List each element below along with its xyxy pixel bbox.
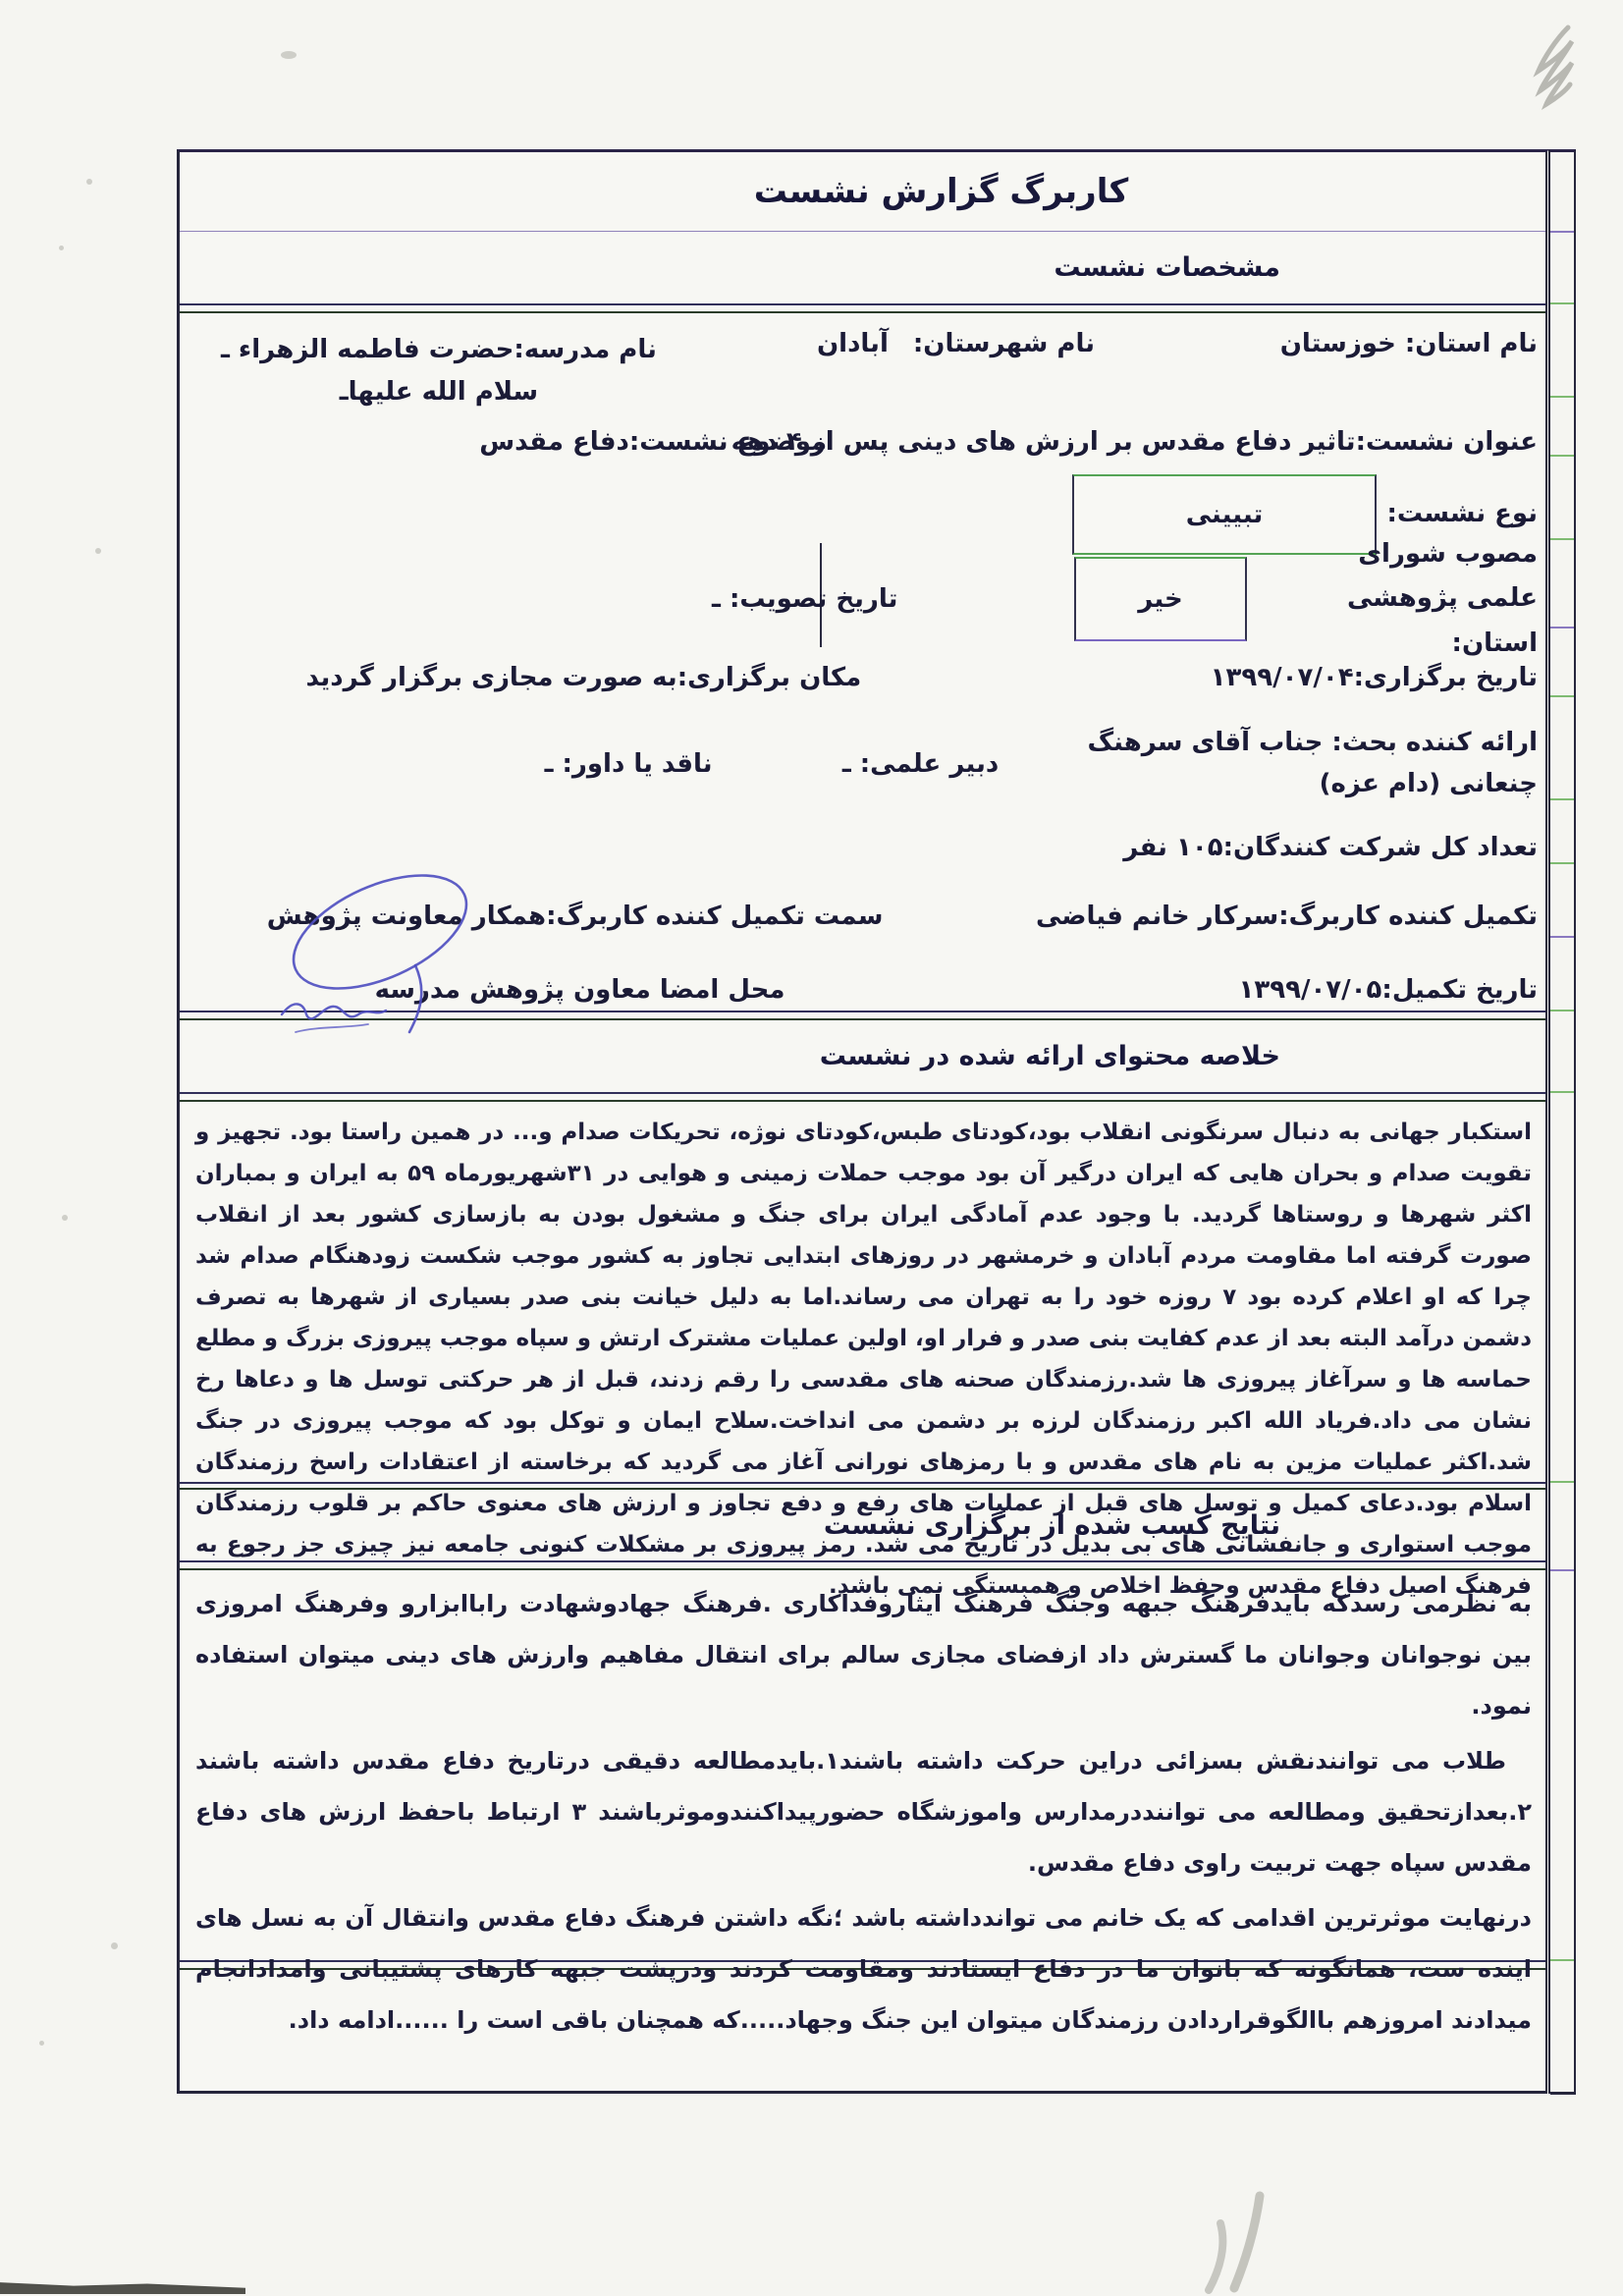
row-title-topic: عنوان نشست:تاثیر دفاع مقدس بر ارزش های د… [180,412,1545,471]
field-school: نام مدرسه:حضرت فاطمه الزهراء ـ سلام الله… [180,329,808,413]
row-presenter: ارائه کننده بحث: جناب آقای سرهنگ چنعانی … [180,712,1545,815]
results-paragraph: درنهایت موثرترین اقدامی که یک خانم می تو… [195,1892,1532,2046]
rail-tick [1550,455,1574,457]
rail-tick [1550,936,1574,938]
pen-smudge-bottom [1183,2190,1291,2296]
field-critic: ناقد یا داور: ـ [180,749,713,779]
field-session-type-label: نوع نشست: [1377,499,1545,528]
rail-tick [1550,862,1574,864]
results-text: به نظرمی رسدکه بایدفرهنگ جبهه وجنگ فرهنگ… [180,1570,1545,1960]
field-province: نام استان: خوزستان [1095,329,1545,358]
scan-speck [111,1942,118,1949]
rail-tick [1550,538,1574,540]
scan-speck [281,51,297,59]
row-completer: تکمیل کننده کاربرگ:سرکار خانم فیاضی سمت … [180,879,1545,953]
field-approval-date: تاریخ تصویب: ـ [712,584,897,614]
rail-tick [1550,1959,1574,1961]
rail-tick [1550,1010,1574,1011]
field-secretary: دبیر علمی: ـ [713,749,1055,779]
field-held-date: تاریخ برگزاری:۱۳۹۹/۰۷/۰۴ [1054,663,1545,692]
field-completed-by: تکمیل کننده کاربرگ:سرکار خانم فیاضی [1026,902,1545,931]
rail-tick [1550,1569,1574,1571]
field-presenter: ارائه کننده بحث: جناب آقای سرهنگ چنعانی … [1054,723,1545,804]
field-approved-label: مصوب شورای علمی پژوهشی استان: [1298,532,1545,667]
report-table: کاربرگ گزارش نشست مشخصات نشست نام استان:… [177,149,1550,2094]
scan-edge-artifact [0,2280,245,2294]
scan-speck [39,2041,44,2046]
scan-speck [86,179,92,185]
rail-tick [1550,231,1574,233]
scan-speck [62,1215,68,1221]
rail-tick [1550,798,1574,800]
field-topic: موضوع نشست:دفاع مقدس [180,427,917,457]
rail-tick [1550,627,1574,629]
section-header-summary: خلاصه محتوای ارائه شده در نشست [180,1020,1545,1092]
rail-tick [1550,695,1574,697]
summary-text: استکبار جهانی به دنبال سرنگونی انقلاب بو… [180,1102,1545,1482]
results-paragraph: طلاب می توانندنقش بسزائی دراین حرکت داشت… [195,1735,1532,1888]
row-participants: تعداد کل شرکت کنندگان:۱۰۵ نفر [180,815,1545,879]
rail-tick [1550,396,1574,398]
row-location-school: نام استان: خوزستان نام شهرستان: آبادان ن… [180,313,1545,412]
section-divider [180,303,1545,313]
section-divider [180,1092,1545,1102]
field-completer-position: سمت تکمیل کننده کاربرگ:همکار معاونت پژوه… [180,902,1026,931]
approved-box: خیر [1074,557,1247,641]
row-approval: مصوب شورای علمی پژوهشی استان: خیر تاریخ … [180,555,1545,643]
page-title: کاربرگ گزارش نشست [180,152,1545,232]
rail-tick [1550,1481,1574,1483]
scanned-session-report-page: کاربرگ گزارش نشست مشخصات نشست نام استان:… [0,0,1623,2296]
scan-speck [59,246,64,250]
scan-speck [95,548,101,554]
rail-tick [1550,302,1574,304]
table-right-rail [1550,149,1576,2095]
field-signature-place: محل امضا معاون پژوهش مدرسه [180,975,1026,1005]
field-participants: تعداد کل شرکت کنندگان:۱۰۵ نفر [180,833,1545,862]
section-header-specs: مشخصات نشست [180,232,1545,303]
specs-section: نام استان: خوزستان نام شهرستان: آبادان ن… [180,313,1545,1011]
field-session-title: عنوان نشست:تاثیر دفاع مقدس بر ارزش های د… [917,427,1545,457]
field-county: نام شهرستان: آبادان [808,329,1095,358]
rail-tick [1550,1091,1574,1093]
row-completion-signature: تاریخ تکمیل:۱۳۹۹/۰۷/۰۵ محل امضا معاون پژ… [180,953,1545,1026]
pencil-smudge-top-right [1517,20,1586,118]
results-paragraph: به نظرمی رسدکه بایدفرهنگ جبهه وجنگ فرهنگ… [195,1578,1532,1731]
field-venue: مکان برگزاری:به صورت مجازی برگزار گردید [180,663,1054,692]
field-completion-date: تاریخ تکمیل:۱۳۹۹/۰۷/۰۵ [1026,975,1545,1005]
